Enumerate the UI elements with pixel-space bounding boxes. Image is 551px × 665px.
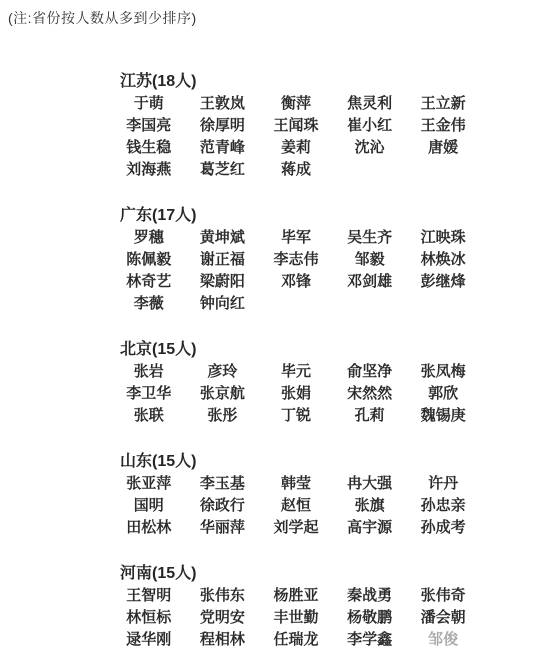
name-row: 王智明张伟东杨胜亚秦战勇张伟奇 (112, 585, 480, 607)
province-section: 广东(17人)罗穗黄坤斌毕军吴生齐江映珠陈佩毅谢正福李志伟邹毅林焕冰林奇艺梁蔚阳… (112, 205, 480, 315)
name-cell: 潘会朝 (406, 607, 480, 629)
name-cell: 张娟 (259, 383, 333, 405)
name-row: 李国亮徐厚明王闻珠崔小红王金伟 (112, 115, 480, 137)
name-cell: 孙成考 (406, 517, 480, 539)
name-row: 国明徐政行赵恒张旗孙忠亲 (112, 495, 480, 517)
province-header: 山东(15人) (112, 451, 480, 472)
name-row: 李卫华张京航张娟宋然然郭欣 (112, 383, 480, 405)
name-cell: 林奇艺 (112, 271, 186, 293)
name-row: 于萌王敦岚衡萍焦灵利王立新 (112, 93, 480, 115)
name-row: 林奇艺梁蔚阳邓锋邓剑雄彭继烽 (112, 271, 480, 293)
name-cell: 高宇源 (333, 517, 407, 539)
name-cell: 邓剑雄 (333, 271, 407, 293)
name-cell: 俞坚净 (333, 361, 407, 383)
name-cell: 郭欣 (406, 383, 480, 405)
name-cell: 李玉基 (186, 473, 260, 495)
province-section: 北京(15人)张岩彦玲毕元俞坚净张凤梅李卫华张京航张娟宋然然郭欣张联张彤丁锐孔莉… (112, 339, 480, 427)
name-row: 刘海燕葛芝红蒋成 (112, 159, 480, 181)
name-cell: 张京航 (186, 383, 260, 405)
name-cell: 邹俊 (406, 629, 480, 651)
name-cell: 丁锐 (259, 405, 333, 427)
name-cell: 党明安 (186, 607, 260, 629)
name-row: 钱生稳范青峰姜莉沈沁唐媛 (112, 137, 480, 159)
name-cell: 宋然然 (333, 383, 407, 405)
name-cell: 沈沁 (333, 137, 407, 159)
name-cell: 毕元 (259, 361, 333, 383)
name-cell: 钟向红 (186, 293, 260, 315)
name-cell: 许丹 (406, 473, 480, 495)
name-row: 张亚萍李玉基韩莹冉大强许丹 (112, 473, 480, 495)
name-cell: 程相林 (186, 629, 260, 651)
name-cell: 张岩 (112, 361, 186, 383)
name-row: 李薇钟向红 (112, 293, 480, 315)
name-cell: 李卫华 (112, 383, 186, 405)
name-cell: 王金伟 (406, 115, 480, 137)
name-cell: 陈佩毅 (112, 249, 186, 271)
name-cell: 田松林 (112, 517, 186, 539)
name-cell: 邓锋 (259, 271, 333, 293)
name-cell: 谢正福 (186, 249, 260, 271)
name-cell: 刘学起 (259, 517, 333, 539)
name-cell: 彦玲 (186, 361, 260, 383)
name-cell: 李国亮 (112, 115, 186, 137)
name-cell: 张亚萍 (112, 473, 186, 495)
name-row: 张岩彦玲毕元俞坚净张凤梅 (112, 361, 480, 383)
name-row: 张联张彤丁锐孔莉魏锡庚 (112, 405, 480, 427)
province-section: 河南(15人)王智明张伟东杨胜亚秦战勇张伟奇林恒标党明安丰世勤杨敬鹏潘会朝逯华刚… (112, 563, 480, 651)
name-cell: 崔小红 (333, 115, 407, 137)
province-header: 广东(17人) (112, 205, 480, 226)
name-cell: 韩莹 (259, 473, 333, 495)
name-cell: 林焕冰 (406, 249, 480, 271)
name-cell: 徐政行 (186, 495, 260, 517)
name-row: 林恒标党明安丰世勤杨敬鹏潘会朝 (112, 607, 480, 629)
sort-note: (注:省份按人数从多到少排序) (0, 0, 551, 28)
name-cell: 葛芝红 (186, 159, 260, 181)
name-cell: 于萌 (112, 93, 186, 115)
province-header: 江苏(18人) (112, 71, 480, 92)
name-cell: 王智明 (112, 585, 186, 607)
name-cell: 孙忠亲 (406, 495, 480, 517)
province-section: 江苏(18人)于萌王敦岚衡萍焦灵利王立新李国亮徐厚明王闻珠崔小红王金伟钱生稳范青… (112, 71, 480, 181)
name-cell: 衡萍 (259, 93, 333, 115)
name-cell: 张凤梅 (406, 361, 480, 383)
name-cell: 国明 (112, 495, 186, 517)
name-cell: 任瑞龙 (259, 629, 333, 651)
name-cell: 姜莉 (259, 137, 333, 159)
name-cell: 李志伟 (259, 249, 333, 271)
name-cell: 徐厚明 (186, 115, 260, 137)
province-header: 河南(15人) (112, 563, 480, 584)
name-cell: 范青峰 (186, 137, 260, 159)
name-cell: 焦灵利 (333, 93, 407, 115)
name-cell: 魏锡庚 (406, 405, 480, 427)
name-cell: 王敦岚 (186, 93, 260, 115)
name-row: 罗穗黄坤斌毕军吴生齐江映珠 (112, 227, 480, 249)
name-cell: 张伟东 (186, 585, 260, 607)
name-cell: 赵恒 (259, 495, 333, 517)
province-name-list: 江苏(18人)于萌王敦岚衡萍焦灵利王立新李国亮徐厚明王闻珠崔小红王金伟钱生稳范青… (112, 71, 480, 651)
name-cell: 蒋成 (259, 159, 333, 181)
name-cell: 张联 (112, 405, 186, 427)
name-cell: 华丽萍 (186, 517, 260, 539)
name-cell: 王闻珠 (259, 115, 333, 137)
name-cell: 江映珠 (406, 227, 480, 249)
name-cell: 王立新 (406, 93, 480, 115)
name-cell: 刘海燕 (112, 159, 186, 181)
name-cell: 黄坤斌 (186, 227, 260, 249)
name-cell: 吴生齐 (333, 227, 407, 249)
name-cell: 冉大强 (333, 473, 407, 495)
name-cell: 李薇 (112, 293, 186, 315)
name-cell: 张彤 (186, 405, 260, 427)
name-cell: 林恒标 (112, 607, 186, 629)
province-header: 北京(15人) (112, 339, 480, 360)
name-cell: 张旗 (333, 495, 407, 517)
name-cell: 唐媛 (406, 137, 480, 159)
name-cell: 张伟奇 (406, 585, 480, 607)
name-cell: 钱生稳 (112, 137, 186, 159)
name-cell: 丰世勤 (259, 607, 333, 629)
name-cell: 罗穗 (112, 227, 186, 249)
name-cell: 李学鑫 (333, 629, 407, 651)
name-cell: 孔莉 (333, 405, 407, 427)
name-row: 田松林华丽萍刘学起高宇源孙成考 (112, 517, 480, 539)
province-section: 山东(15人)张亚萍李玉基韩莹冉大强许丹国明徐政行赵恒张旗孙忠亲田松林华丽萍刘学… (112, 451, 480, 539)
name-cell: 逯华刚 (112, 629, 186, 651)
name-cell: 梁蔚阳 (186, 271, 260, 293)
name-cell: 秦战勇 (333, 585, 407, 607)
name-row: 逯华刚程相林任瑞龙李学鑫邹俊 (112, 629, 480, 651)
name-cell: 杨敬鹏 (333, 607, 407, 629)
name-cell: 邹毅 (333, 249, 407, 271)
name-cell: 杨胜亚 (259, 585, 333, 607)
name-cell: 毕军 (259, 227, 333, 249)
name-row: 陈佩毅谢正福李志伟邹毅林焕冰 (112, 249, 480, 271)
name-cell: 彭继烽 (406, 271, 480, 293)
